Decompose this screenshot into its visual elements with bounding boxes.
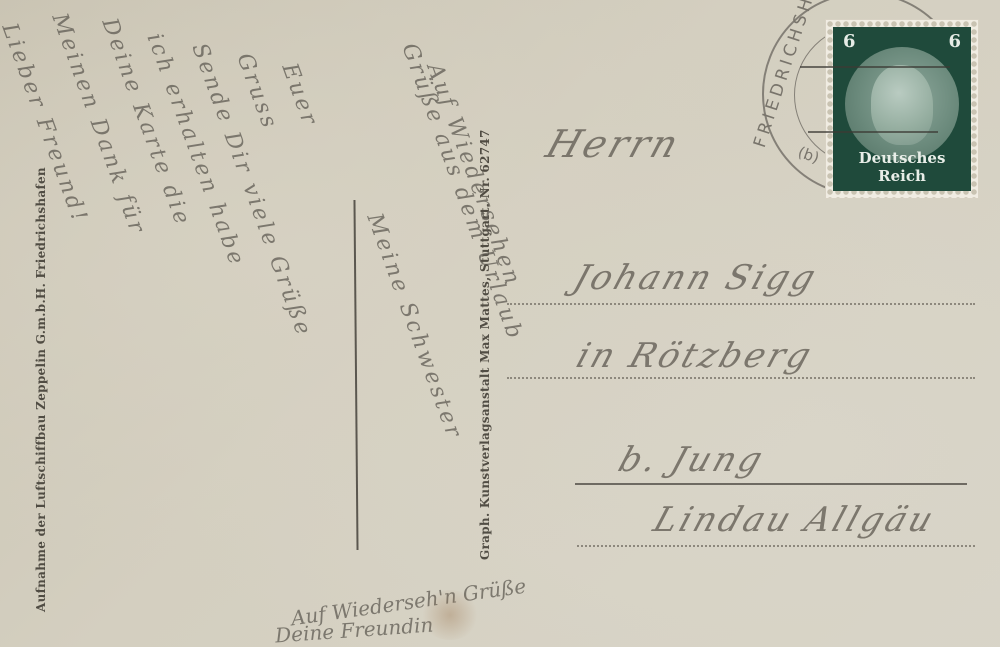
cancel-line xyxy=(800,66,950,68)
postcard-back: Aufnahme der Luftschiffbau Zeppelin G.m.… xyxy=(0,0,1000,647)
address-rule-1 xyxy=(507,303,975,305)
address-rule-3 xyxy=(575,483,967,485)
publisher-imprint-left: Aufnahme der Luftschiffbau Zeppelin G.m.… xyxy=(34,167,48,612)
address-salutation: Herrn xyxy=(541,122,687,166)
stamp-value-left: 6 xyxy=(843,31,856,52)
stamp-value-right: 6 xyxy=(948,31,961,52)
stamp-face: 6 6 Deutsches Reich xyxy=(833,27,971,191)
message-line: Meine Schwester xyxy=(362,210,467,443)
address-rule-2 xyxy=(507,377,975,379)
address-line-3: b. Jung xyxy=(614,440,771,480)
cancel-line xyxy=(808,131,938,133)
address-line-4: Lindau Allgäu xyxy=(649,500,941,540)
signature-rule xyxy=(353,200,358,550)
address-line-2: in Rötzberg xyxy=(572,336,819,376)
address-rule-4 xyxy=(577,545,975,547)
stamp-label: Deutsches Reich xyxy=(833,149,971,185)
stamp-portrait-medallion xyxy=(845,47,959,161)
address-line-1: Johann Sigg xyxy=(569,258,824,298)
message-line: Euer xyxy=(277,60,323,130)
postage-stamp: 6 6 Deutsches Reich xyxy=(826,20,978,198)
portrait-icon xyxy=(871,65,933,145)
stain xyxy=(420,590,480,640)
